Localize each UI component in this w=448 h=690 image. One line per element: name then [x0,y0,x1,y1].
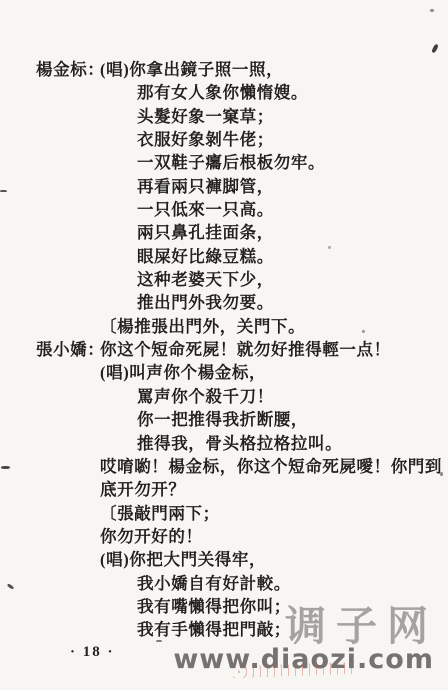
line-text: 罵声你个殺千刀！ [137,387,274,406]
scanned-page: 楊金标：(唱)你拿出鏡子照一照，那有女人象你懶惰嫂。头髮好象一窠草；衣服好象剝牛… [0,0,448,690]
line-text: 推得我，骨头格拉格拉叫。 [137,434,342,453]
script-line: 一只低來一只高。 [0,198,448,221]
watermark-red-scribble [233,662,353,678]
line-text: 〔楊推張出門外，关門下。 [100,317,305,336]
line-text: 再看兩只褲脚管， [137,177,274,196]
scan-speck [0,190,7,192]
script-line: 眼屎好比綠豆糕。 [0,245,448,268]
watermark-site-url: www.diaozi.com [173,646,434,674]
script-line: 那有女人象你懶惰嫂。 [0,81,448,104]
line-text: (唱)叫声你个楊金标， [100,363,266,382]
script-line: 你一把推得我折断腰， [0,408,448,431]
script-line: (唱)叫声你个楊金标， [0,361,448,384]
scan-speck [156,640,162,642]
line-text: 眼屎好比綠豆糕。 [137,247,274,266]
script-line: 这种老婆天下少， [0,268,448,291]
line-text: 那有女人象你懶惰嫂。 [137,83,308,102]
line-text: 衣服好象剝牛佬； [137,130,274,149]
speaker-name: 楊金标： [36,58,104,81]
scan-speck [431,44,439,54]
script-line: 〔楊推張出門外，关門下。 [0,315,448,338]
scan-speck [328,246,331,249]
scan-speck [440,472,443,476]
script-line: 〔張敲門兩下； [0,502,448,525]
line-text: 我有手懶得把門敲； [137,620,291,639]
script-line-with-speaker: 張小嬌：你这个短命死屍！就勿好推得輕一点！ [0,338,448,361]
line-text: 这种老婆天下少， [137,270,274,289]
line-text: 头髮好象一窠草； [137,107,274,126]
script-line: 再看兩只褲脚管， [0,175,448,198]
line-text: 我有嘴懶得把你叫； [137,597,291,616]
scan-speck [1,466,10,469]
script-line: 头髮好象一窠草； [0,105,448,128]
script-line: 推出門外我勿要。 [0,291,448,314]
line-text: 你勿开好的！ [100,527,203,546]
line-text: 一只低來一只高。 [137,200,274,219]
line-text: (唱)你把大門关得牢， [100,550,266,569]
line-text: (唱)你拿出鏡子照一照， [100,60,283,79]
script-line: 罵声你个殺千刀！ [0,385,448,408]
script-line: 衣服好象剝牛佬； [0,128,448,151]
line-text: 我小嬌自有好計較。 [137,574,291,593]
line-text: 哎唷喲！楊金标，你这个短命死屍噯！你門到 [100,457,442,476]
script-line: (唱)你把大門关得牢， [0,548,448,571]
script-line: 我小嬌自有好計較。 [0,572,448,595]
line-text: 推出門外我勿要。 [137,293,274,312]
script-line: 底开勿开？ [0,478,448,501]
line-text: 〔張敲門兩下； [100,504,220,523]
line-text: 一双鞋子癟后根板勿牢。 [137,153,325,172]
line-text: 兩只鼻孔挂面条， [137,223,274,242]
script-line: 兩只鼻孔挂面条， [0,221,448,244]
line-text: 你一把推得我折断腰， [137,410,308,429]
script-line-with-speaker: 楊金标：(唱)你拿出鏡子照一照， [0,58,448,81]
script-line: 推得我，骨头格拉格拉叫。 [0,432,448,455]
script-line: 我有嘴懶得把你叫； [0,595,448,618]
page-number: · 18 · [70,644,115,661]
line-text: 你这个短命死屍！就勿好推得輕一点！ [100,340,391,359]
script-text: 楊金标：(唱)你拿出鏡子照一照，那有女人象你懶惰嫂。头髮好象一窠草；衣服好象剝牛… [0,58,448,642]
script-line: 哎唷喲！楊金标，你这个短命死屍噯！你門到 [0,455,448,478]
scan-speck [362,330,365,333]
script-line: 你勿开好的！ [0,525,448,548]
script-line: 一双鞋子癟后根板勿牢。 [0,151,448,174]
speaker-name: 張小嬌： [36,338,104,361]
scan-speck [430,9,434,12]
script-line: 我有手懶得把門敲； [0,618,448,641]
